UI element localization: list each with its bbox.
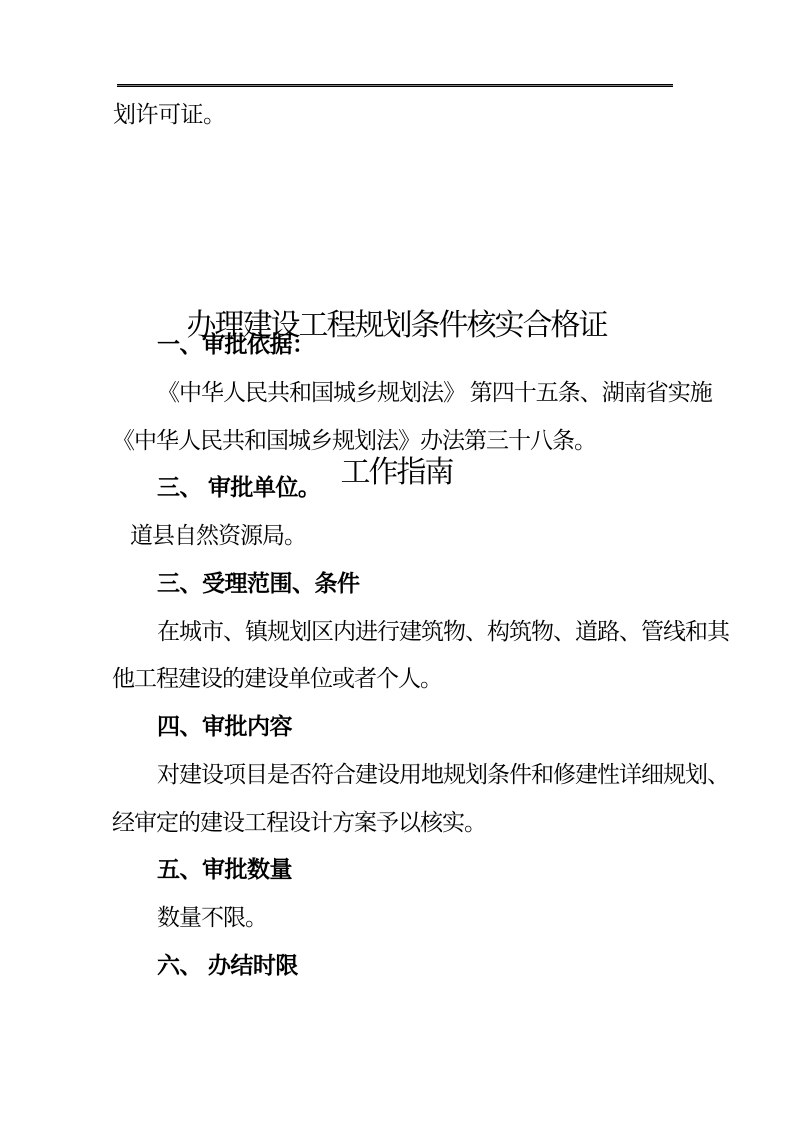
paragraph-line: 数量不限。 (112, 894, 673, 942)
document-page: 划许可证。 办理建设工程规划条件核实合格证 工作指南 一、审批依据： 《中华人民… (0, 0, 793, 1122)
header-rule (117, 84, 673, 87)
paragraph-line: 对建设项目是否符合建设用地规划条件和修建性详细规划、 (112, 751, 673, 799)
paragraph-line: 《中华人民共和国城乡规划法》 第四十五条、湖南省实施 (112, 369, 673, 417)
paragraph-line: 道县自然资源局。 (112, 512, 673, 560)
section-heading-4: 四、审批内容 (112, 703, 673, 751)
section-heading-5: 五、审批数量 (112, 846, 673, 894)
paragraph-line: 《中华人民共和国城乡规划法》办法第三十八条。 (112, 417, 673, 465)
paragraph-line: 在城市、镇规划区内进行建筑物、构筑物、道路、管线和其 (112, 608, 673, 656)
section-heading-3: 三、受理范围、条件 (112, 560, 673, 608)
document-body: 一、审批依据： 《中华人民共和国城乡规划法》 第四十五条、湖南省实施 《中华人民… (112, 321, 673, 990)
section-heading-2: 三、 审批单位。 (112, 464, 673, 512)
section-heading-1: 一、审批依据： (112, 321, 673, 369)
page-continuation-text: 划许可证。 (113, 98, 674, 131)
paragraph-line: 经审定的建设工程设计方案予以核实。 (112, 799, 673, 847)
section-heading-6: 六、 办结时限 (112, 942, 673, 990)
paragraph-line: 他工程建设的建设单位或者个人。 (112, 655, 673, 703)
